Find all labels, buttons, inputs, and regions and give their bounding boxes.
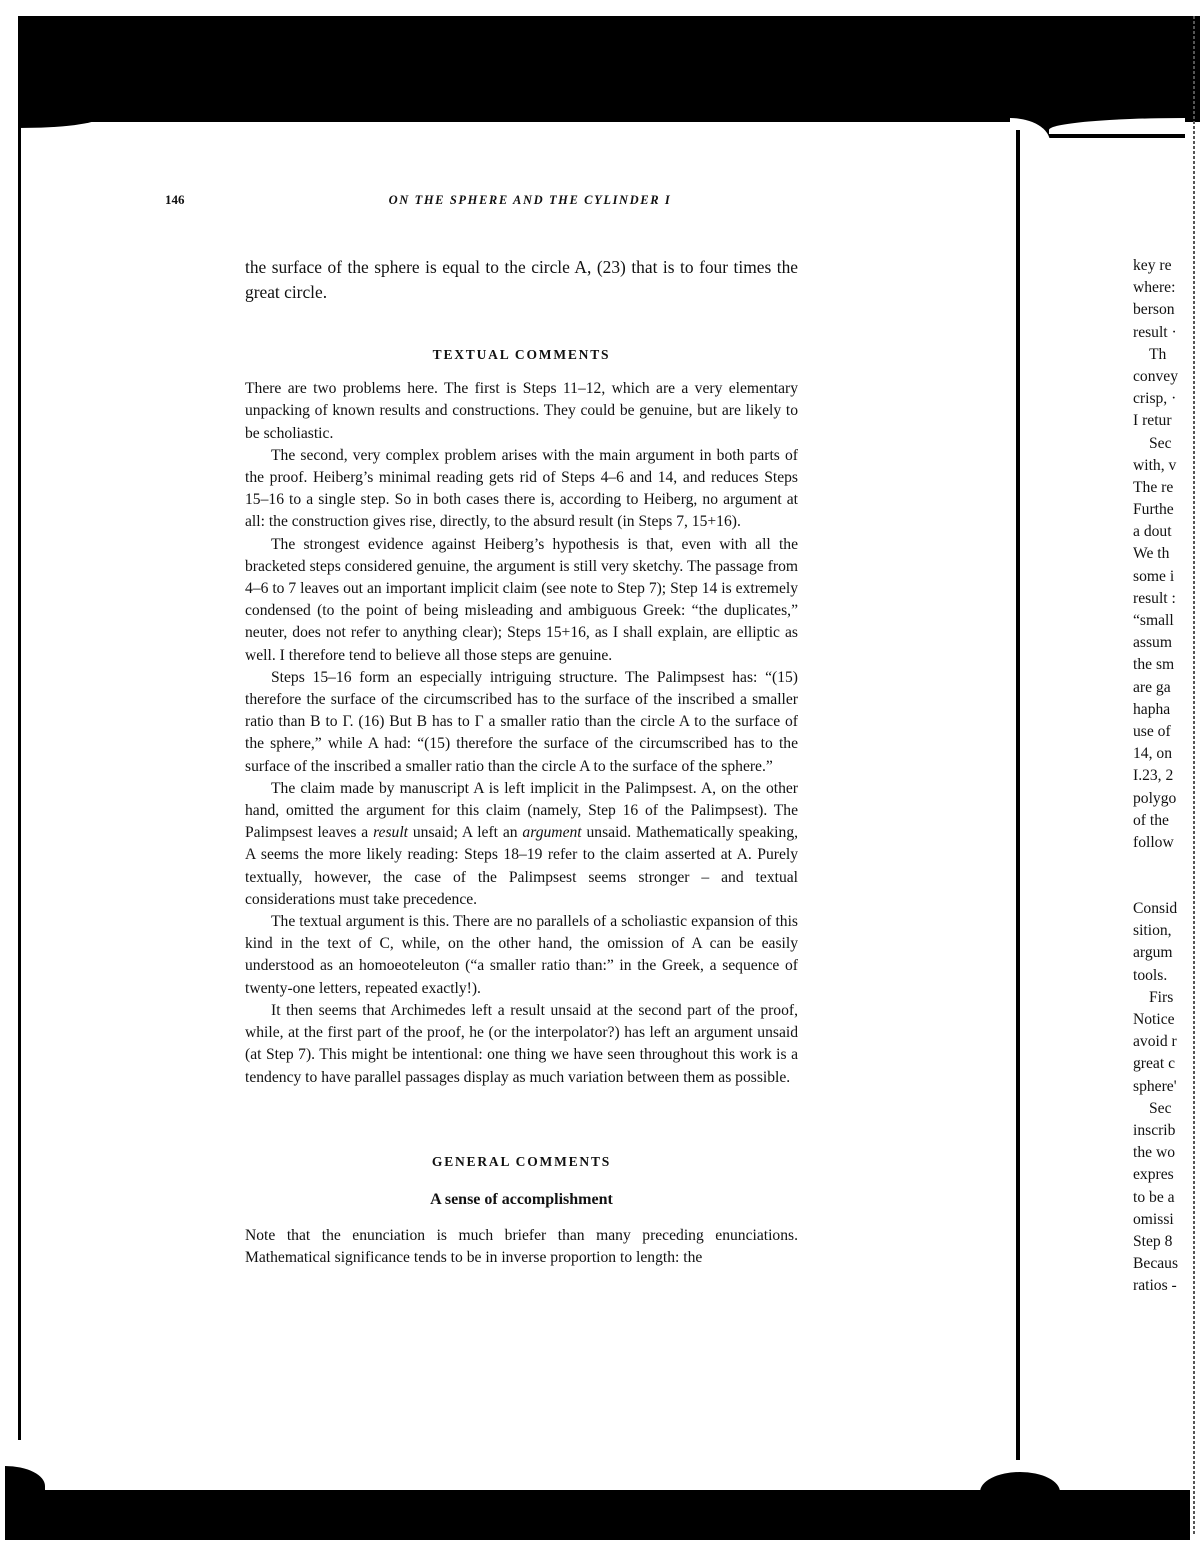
fragment-line: Consid bbox=[1133, 898, 1193, 920]
scan-bottom-gutter-curve bbox=[980, 1472, 1060, 1492]
fragment-line: Sec bbox=[1133, 1098, 1193, 1120]
general-comments-heading: GENERAL COMMENTS bbox=[245, 1151, 798, 1173]
opening-lines: the surface of the sphere is equal to th… bbox=[245, 255, 798, 304]
paragraph: There are two problems here. The first i… bbox=[245, 378, 798, 445]
scan-right-edge bbox=[1193, 16, 1195, 1536]
fragment-line: some i bbox=[1133, 566, 1193, 588]
fragment-line: key re bbox=[1133, 255, 1193, 277]
paragraph: The textual argument is this. There are … bbox=[245, 911, 798, 1000]
fragment-line: ratios - bbox=[1133, 1275, 1193, 1297]
fragment-line: with, v bbox=[1133, 455, 1193, 477]
scan-bottom-shadow bbox=[5, 1490, 1190, 1540]
fragment-line: hapha bbox=[1133, 699, 1193, 721]
fragment-line: The re bbox=[1133, 477, 1193, 499]
fragment-line: Firs bbox=[1133, 987, 1193, 1009]
scan-top-shadow-gutter-curve bbox=[1010, 118, 1185, 138]
fragment-line: I retur bbox=[1133, 410, 1193, 432]
fragment-line: are ga bbox=[1133, 677, 1193, 699]
fragment-line: convey bbox=[1133, 366, 1193, 388]
paragraph: The strongest evidence against Heiberg’s… bbox=[245, 534, 798, 667]
paragraph: Steps 15–16 form an especially intriguin… bbox=[245, 667, 798, 778]
scan-top-shadow-left-lip bbox=[18, 118, 98, 128]
text-run: unsaid; A left an bbox=[408, 824, 522, 841]
fragment-line: result · bbox=[1133, 322, 1193, 344]
fragment-line: to be a bbox=[1133, 1187, 1193, 1209]
emphasis-result: result bbox=[373, 824, 408, 841]
paragraph: Note that the enunciation is much briefe… bbox=[245, 1225, 798, 1269]
fragment-line: assum bbox=[1133, 632, 1193, 654]
fragment-line: follow bbox=[1133, 832, 1193, 854]
fragment-line: expres bbox=[1133, 1164, 1193, 1186]
main-text-column: the surface of the sphere is equal to th… bbox=[245, 255, 798, 1270]
fragment-line: of the bbox=[1133, 810, 1193, 832]
fragment-line: great c bbox=[1133, 1053, 1193, 1075]
facing-page-text-fragment: key rewhere:bersonresult ·Thconveycrisp,… bbox=[1133, 255, 1193, 1297]
fragment-line: I.23, 2 bbox=[1133, 765, 1193, 787]
fragment-line: crisp, · bbox=[1133, 388, 1193, 410]
fragment-line: a dout bbox=[1133, 521, 1193, 543]
fragment-line: Th bbox=[1133, 344, 1193, 366]
fragment-line: Sec bbox=[1133, 433, 1193, 455]
fragment-line: sphere' bbox=[1133, 1076, 1193, 1098]
paragraph: The second, very complex problem arises … bbox=[245, 445, 798, 534]
fragment-line: sition, bbox=[1133, 920, 1193, 942]
fragment-line: result : bbox=[1133, 588, 1193, 610]
fragment-line: argum bbox=[1133, 942, 1193, 964]
blank-line bbox=[1133, 854, 1193, 898]
book-gutter bbox=[1016, 130, 1020, 1460]
emphasis-argument: argument bbox=[522, 824, 581, 841]
fragment-line: the wo bbox=[1133, 1142, 1193, 1164]
fragment-line: “small bbox=[1133, 610, 1193, 632]
fragment-line: Step 8 bbox=[1133, 1231, 1193, 1253]
paragraph: It then seems that Archimedes left a res… bbox=[245, 1000, 798, 1089]
fragment-line: omissi bbox=[1133, 1209, 1193, 1231]
fragment-line: berson bbox=[1133, 299, 1193, 321]
fragment-line: Notice bbox=[1133, 1009, 1193, 1031]
page-number: 146 bbox=[165, 192, 185, 208]
fragment-line: inscrib bbox=[1133, 1120, 1193, 1142]
fragment-line: Furthe bbox=[1133, 499, 1193, 521]
fragment-line: where: bbox=[1133, 277, 1193, 299]
textual-comments-heading: TEXTUAL COMMENTS bbox=[245, 344, 798, 366]
fragment-line: avoid r bbox=[1133, 1031, 1193, 1053]
scan-left-edge bbox=[18, 120, 21, 1440]
paragraph-result-argument: The claim made by manuscript A is left i… bbox=[245, 778, 798, 911]
fragment-line: the sm bbox=[1133, 654, 1193, 676]
fragment-line: polygo bbox=[1133, 788, 1193, 810]
fragment-line: We th bbox=[1133, 543, 1193, 565]
running-head: ON THE SPHERE AND THE CYLINDER I bbox=[330, 193, 730, 208]
subsection-heading: A sense of accomplishment bbox=[245, 1189, 798, 1211]
fragment-line: use of bbox=[1133, 721, 1193, 743]
fragment-line: 14, on bbox=[1133, 743, 1193, 765]
fragment-line: tools. bbox=[1133, 965, 1193, 987]
fragment-line: Becaus bbox=[1133, 1253, 1193, 1275]
scan-top-shadow bbox=[18, 16, 1200, 122]
